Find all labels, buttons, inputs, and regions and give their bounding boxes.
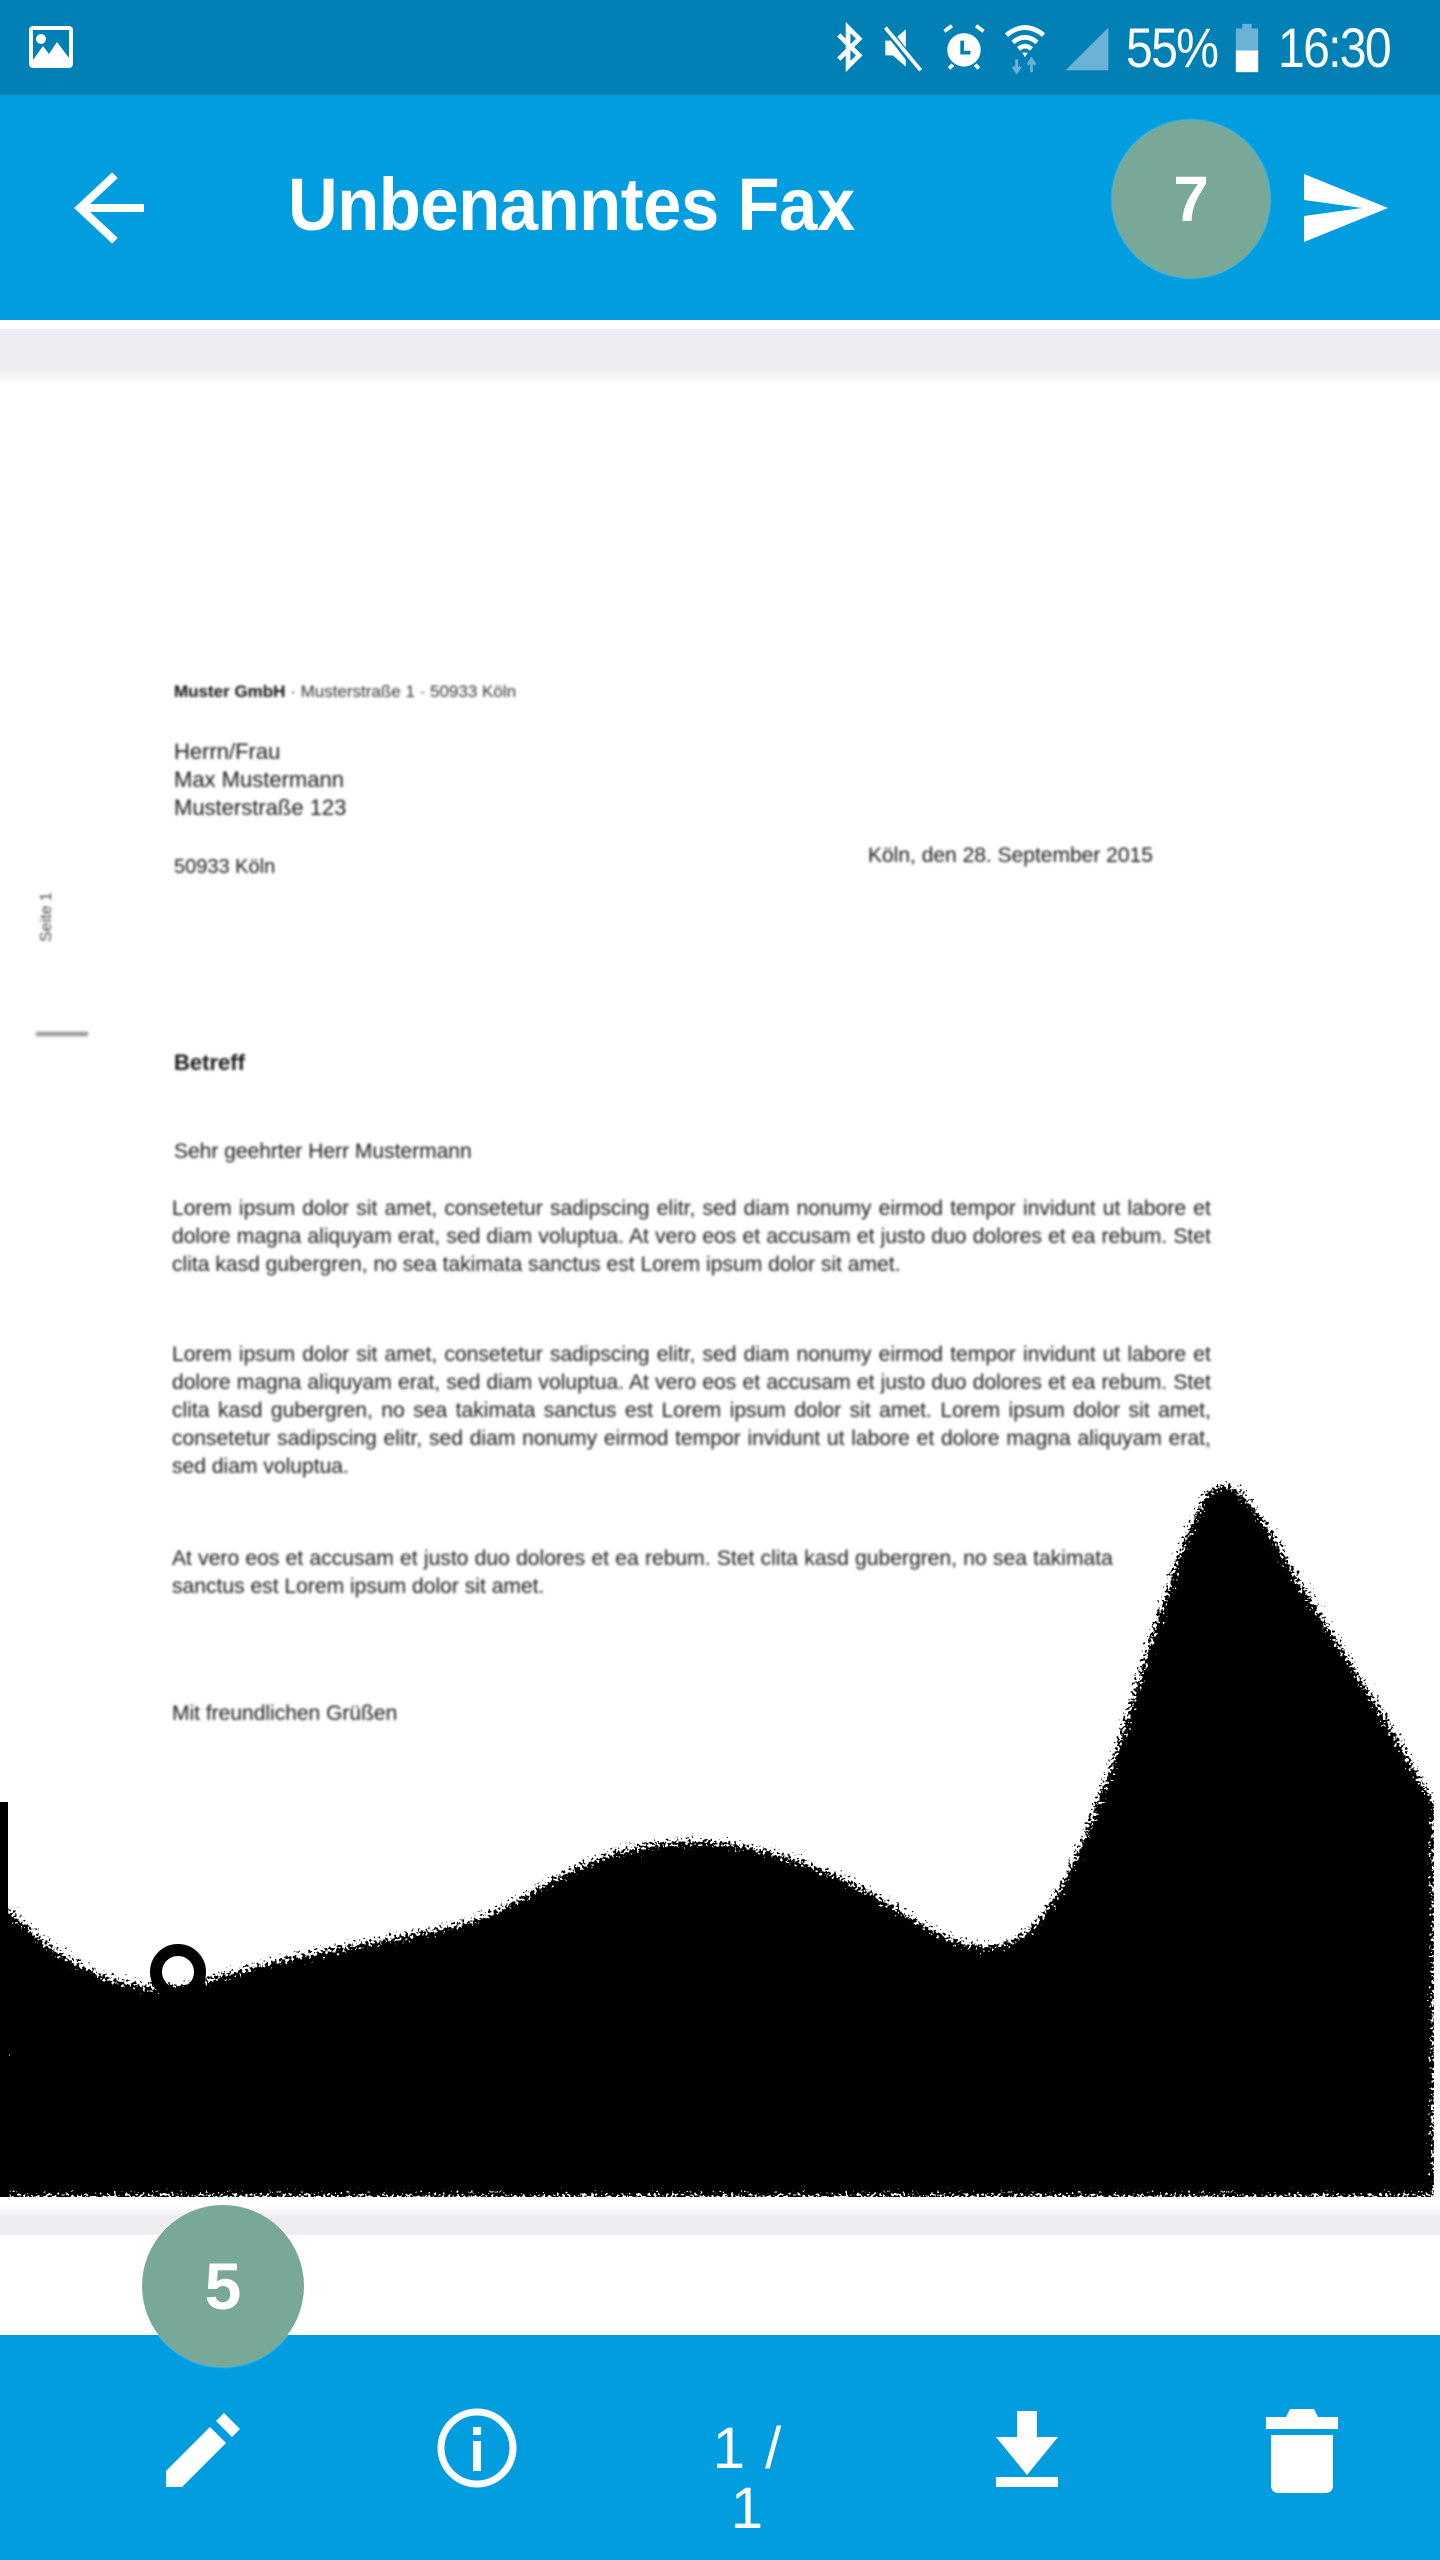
arrow-left-icon [72,172,150,244]
clock: 16:30 [1278,20,1390,76]
fax-page-preview[interactable]: Muster GmbH · Musterstraße 1 · 50933 Köl… [0,382,1434,2197]
send-button[interactable] [1300,168,1392,248]
send-icon [1300,168,1392,248]
bluetooth-icon [832,22,866,74]
status-icons: 55% 16:30 [832,0,1408,95]
cell-signal-icon [1062,22,1112,74]
delete-button[interactable] [1264,2405,1340,2495]
battery-percent: 55% [1126,20,1217,76]
page-title: Unbenanntes Fax [288,162,855,247]
battery-icon [1234,22,1260,74]
alarm-icon [940,22,988,74]
mute-icon [880,22,926,74]
wifi-icon [1002,22,1048,74]
fax-viewer[interactable]: Muster GmbH · Musterstraße 1 · 50933 Köl… [0,320,1440,2335]
info-icon [436,2407,518,2489]
step-badge: 7 [1112,120,1270,278]
status-bar: 55% 16:30 [0,0,1440,95]
fax-scan-noise [0,382,1434,2197]
trash-icon [1264,2405,1340,2495]
download-button[interactable] [986,2407,1068,2491]
step-badge: 5 [142,2205,304,2367]
page-indicator: 1 / 1 [688,2419,808,2539]
info-button[interactable] [436,2407,518,2489]
edit-button[interactable] [160,2409,244,2493]
back-button[interactable] [72,172,150,244]
page-gutter-top [0,329,1440,384]
image-icon [27,24,75,70]
download-icon [986,2407,1068,2491]
bottom-toolbar: 1 / 1 [0,2335,1440,2560]
pencil-icon [160,2409,244,2493]
